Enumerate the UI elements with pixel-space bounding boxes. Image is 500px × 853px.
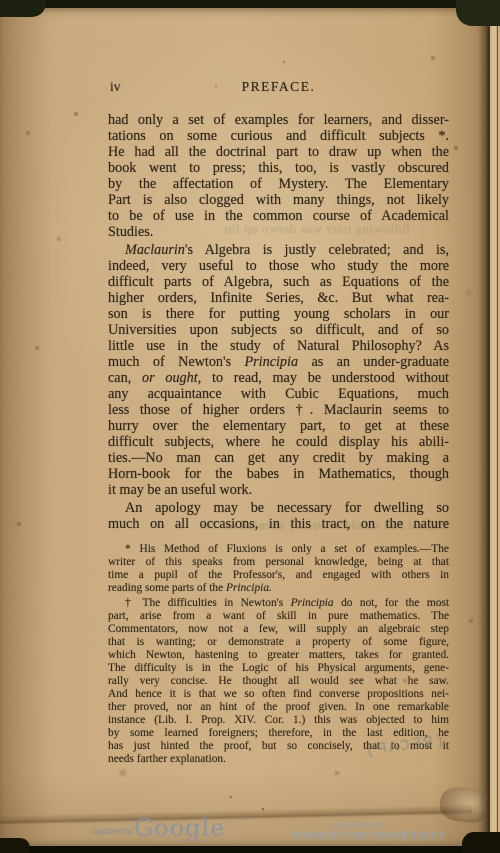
text-segment: And hence it is that we so often find co… [108,688,449,700]
text-segment: instance (Lib. I. Prop. XIV. Cor. 1.) th… [108,714,449,726]
italic-text: Principia [291,597,334,609]
text-line: And hence it is that we so often find co… [108,688,449,701]
text-line: reading some parts of the Principia. [108,582,449,595]
text-line: much on all occasions, in this tract, on… [108,516,449,532]
text-segment: which Newton, hastening to greater matte… [108,649,449,661]
text-segment: † The difficulties in Newton's [125,597,291,609]
digitized-by-watermark: Digitized by [92,827,133,836]
text-segment: reading some parts of the [108,582,226,594]
text-line: can, or ought, to read, may be understoo… [108,370,449,386]
scan-corner-top-right [456,0,500,26]
text-segment: less those of higher orders †. Maclaurin… [108,402,449,418]
text-line: that is wanting; or demonstrate a proper… [108,636,449,649]
scan-corner-top-left [0,0,46,17]
text-segment: Universities upon subjects so difficult,… [108,322,449,338]
text-segment: An apology may be necessary for dwelling… [125,500,449,516]
text-line: which Newton, hastening to greater matte… [108,649,449,662]
text-segment: * His Method of Fluxions is only a set o… [125,543,449,555]
text-segment: much of Newton's [108,354,244,370]
text-segment: tations on some curious and difficult su… [108,128,449,144]
text-line: difficult subjects, where he could displ… [108,434,449,450]
text-line: time a pupil of the Professor's, and eng… [108,569,449,582]
text-line: book went to press; this, too, is vastly… [108,160,449,176]
text-line: part, arise from a want of skill in pure… [108,610,449,623]
text-line: tations on some curious and difficult su… [108,128,449,144]
paragraph-1: * His Method of Fluxions is only a set o… [108,543,449,595]
text-segment: ther proved, nor an hint of the proof gi… [108,701,449,713]
text-segment: difficult subjects, where he could displ… [108,434,449,450]
text-line: Commentators, now not a few, will supply… [108,623,449,636]
text-line: hurry over the elementary part, to get a… [108,418,449,434]
text-segment: time a pupil of the Professor's, and eng… [108,569,449,581]
text-segment: needs farther explanation. [108,753,226,765]
italic-text: Maclaurin [125,242,185,258]
google-logo-watermark: Google [134,814,225,842]
paragraph-3: An apology may be necessary for dwelling… [108,500,449,532]
text-segment: 's Algebra is justly celebrated; and is, [185,242,449,258]
text-segment: as an under-graduate [298,354,449,370]
text-line: had only a set of examples for learners,… [108,112,449,128]
italic-text: or ought [142,370,198,386]
paragraph-1: had only a set of examples for learners,… [108,112,449,240]
text-segment: indeed, very useful to those who study t… [108,258,449,274]
text-segment: that is wanting; or demonstrate a proper… [108,636,449,648]
text-line: Part is also clogged with many things, n… [108,192,449,208]
text-line: indeed, very useful to those who study t… [108,258,449,274]
text-line: any acquaintance with Cubic Equations, m… [108,386,449,402]
text-segment: it may be an useful work. [108,482,252,498]
text-segment: writer of this speaks from personal know… [108,556,449,568]
text-line: He had all the doctrinal part to draw up… [108,144,449,160]
text-segment: by the affectation of Mystery. The Eleme… [108,176,449,192]
text-line: Maclaurin's Algebra is justly celebrated… [108,242,449,258]
text-segment: The difficulty is in the Logic of his Ph… [108,662,449,674]
text-line: less those of higher orders †. Maclaurin… [108,402,449,418]
next-page-edge [489,4,500,849]
text-segment: Commentators, now not a few, will supply… [108,623,449,635]
text-line: difficult parts of Algebra, such as Equa… [108,274,449,290]
text-segment: little use in the study of Natural Philo… [108,338,449,354]
italic-text: Principia. [226,582,272,594]
footnotes: * His Method of Fluxions is only a set o… [108,543,449,766]
text-segment: Horn-book for the babes in Mathematics, … [108,466,449,482]
text-segment: book went to press; this, too, is vastly… [108,160,449,176]
text-segment: rally very concise. He thought all would… [108,675,449,687]
scan-corner-bottom-right [462,832,500,853]
scan-top-border [0,0,500,8]
text-segment: ties.—No man can get any credit by makin… [108,450,449,466]
text-line: son is there for putting young scholars … [108,306,449,322]
text-segment: can, [108,370,142,386]
text-segment: higher orders, Infinite Series, &c. But … [108,290,449,306]
running-title: PREFACE. [108,79,449,95]
text-line: Universities upon subjects so difficult,… [108,322,449,338]
text-line: ties.—No man can get any credit by makin… [108,450,449,466]
text-segment: much on all occasions, in this tract, on… [108,516,449,532]
scan-bottom-border [0,846,500,853]
scan-corner-bottom-left [0,838,30,853]
text-line: Horn-book for the babes in Mathematics, … [108,466,449,482]
text-line: by the affectation of Mystery. The Eleme… [108,176,449,192]
text-line: it may be an useful work. [108,482,449,498]
text-line: An apology may be necessary for dwelling… [108,500,449,516]
text-line: Studies. [108,224,449,240]
text-segment: part, arise from a want of skill in pure… [108,610,449,622]
text-line: writer of this speaks from personal know… [108,556,449,569]
text-segment: had only a set of examples for learners,… [108,112,449,128]
text-line: † The difficulties in Newton's Principia… [108,597,449,610]
text-segment: , to read, may be understood without [198,370,449,386]
scanned-book-page: following tract was drawn up for Logical… [0,0,500,853]
text-line: little use in the study of Natural Philo… [108,338,449,354]
text-line: The difficulty is in the Logic of his Ph… [108,662,449,675]
text-segment: difficult parts of Algebra, such as Equa… [108,274,449,290]
text-line: instance (Lib. I. Prop. XIV. Cor. 1.) th… [108,714,449,727]
italic-text: Principia [244,354,298,370]
text-segment: hurry over the elementary part, to get a… [108,418,449,434]
text-line: ther proved, nor an hint of the proof gi… [108,701,449,714]
text-segment: He had all the doctrinal part to draw up… [108,144,449,160]
text-segment: any acquaintance with Cubic Equations, m… [108,386,449,402]
text-line: * His Method of Fluxions is only a set o… [108,543,449,556]
text-segment: do not, for the most [334,597,449,609]
text-line: rally very concise. He thought all would… [108,675,449,688]
text-line: higher orders, Infinite Series, &c. But … [108,290,449,306]
text-line: much of Newton's Principia as an under-g… [108,354,449,370]
page-edge-shadow [478,7,489,846]
institution-watermark: PRINCETON UNIVERSITY [293,830,447,842]
text-segment: Part is also clogged with many things, n… [108,192,449,208]
paragraph-2: Maclaurin's Algebra is justly celebrated… [108,242,449,498]
text-segment: to be of use in the common course of Aca… [108,208,449,224]
text-segment: son is there for putting young scholars … [108,306,449,322]
page-header: iv PREFACE. [108,79,449,96]
text-line: to be of use in the common course of Aca… [108,208,449,224]
binding-gutter-shadow [0,7,52,846]
text-segment: Studies. [108,224,153,240]
body-text: had only a set of examples for learners,… [108,112,449,532]
original-from-watermark: Original from [330,820,382,830]
